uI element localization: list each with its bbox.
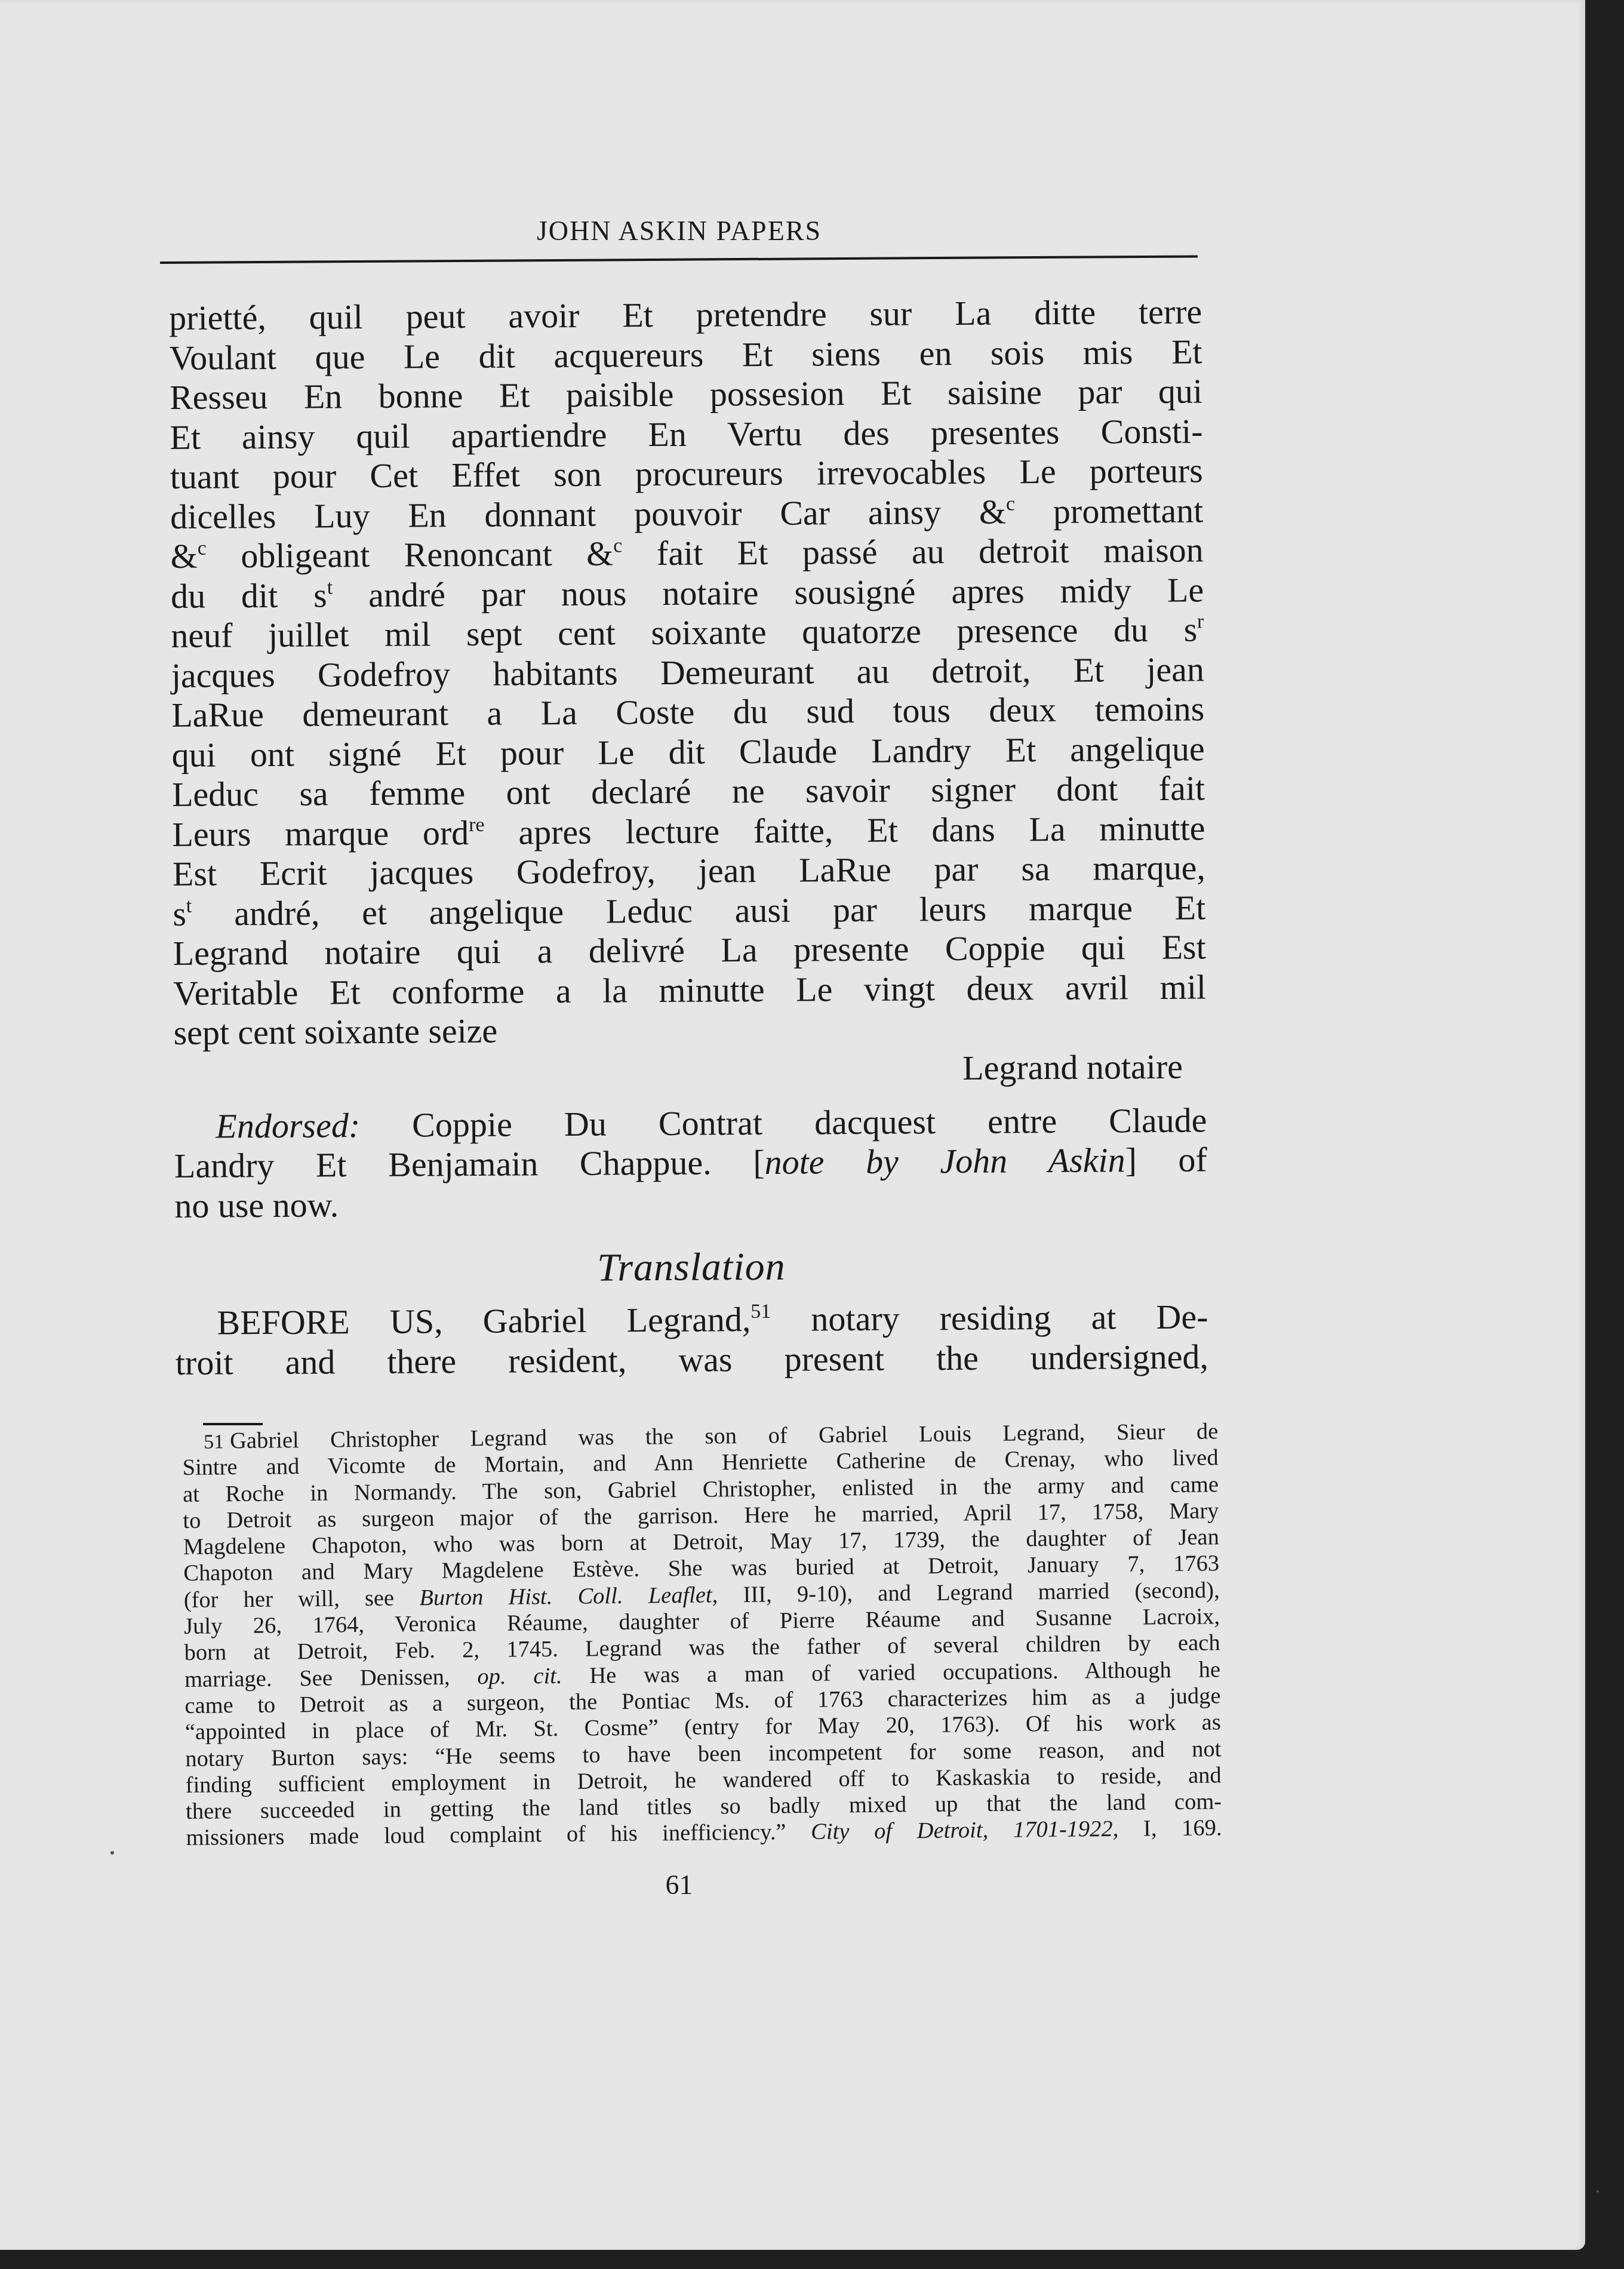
citation-title: Burton Hist. Coll. Leaflet, [419,1582,718,1610]
text-line: tuant pour Cet Effet son procureurs irre… [170,451,1203,497]
running-head: JOHN ASKIN PAPERS [161,215,1197,247]
citation-abbrev: op. cit. [477,1664,562,1689]
text-line: troit and there resident, was present th… [176,1337,1208,1383]
text-line: Landry Et Benjamain Chappue. [note by Jo… [174,1140,1207,1186]
text-line: dicelles Luy En donnant pouvoir Car ains… [170,491,1203,537]
text-segment: neuf juillet mil sept cent soixante quat… [171,610,1197,654]
text-segment: s [173,894,186,933]
text-line: st andré, et angelique Leduc ausi par le… [173,888,1205,934]
text-line: Endorsed: Coppie Du Contrat dacquest ent… [174,1100,1207,1146]
text-line: jacques Godefroy habitants Demeurant au … [171,650,1204,696]
text-line: BEFORE US, Gabriel Legrand,51 notary res… [175,1297,1208,1343]
text-line: no use now. [174,1180,1207,1226]
citation-title: City of Detroit, 1701-1922, [811,1816,1118,1844]
text-line: Est Ecrit jacques Godefroy, jean LaRue p… [173,848,1205,894]
scan-speck [110,1851,114,1855]
superscript: r [1197,610,1204,632]
footnote-rule [203,1423,263,1425]
text-segment: Landry Et Benjamain Chappue. [ [174,1143,765,1185]
superscript: c [198,537,207,559]
text-line: Et ainsy quil apartiendre En Vertu des p… [170,411,1202,457]
text-line: Veritable Et conforme a la minutte Le vi… [173,967,1206,1013]
scan-speck [1597,2190,1599,2193]
text-line: sept cent soixante seize [173,1007,1206,1053]
text-segment: (for her will, see [184,1585,420,1613]
footnote-51: 51Gabriel Christopher Legrand was the so… [182,1418,1222,1851]
notary-signature: Legrand notaire [174,1047,1207,1099]
text-line: Legrand notaire qui a delivré La present… [173,927,1205,973]
scanned-page: JOHN ASKIN PAPERS prietté, quil peut avo… [0,0,1585,2250]
text-line: Leduc sa femme ont declaré ne savoir sig… [172,768,1205,814]
text-segment: andré, et angelique Leduc ausi par leurs… [234,888,1206,933]
text-segment: I, 169. [1118,1816,1222,1842]
text-line: &c obligeant Renoncant &c fait Et passé … [170,530,1203,576]
text-line: Voulant que Le dit acquereurs Et siens e… [169,332,1202,378]
footnote-number: 51 [204,1431,224,1453]
superscript: c [613,534,622,557]
endorsement: Endorsed: Coppie Du Contrat dacquest ent… [174,1100,1207,1226]
text-line: neuf juillet mil sept cent soixante quat… [171,610,1204,656]
text-segment: apres lecture faitte, Et dans La minutte [518,808,1205,851]
translation-heading: Translation [174,1219,1208,1303]
text-segment: andré par nous notaire sousigné apres mi… [368,570,1204,614]
text-line: Resseu En bonne Et paisible possesion Et… [170,371,1202,417]
page-number: 61 [161,1869,1197,1901]
superscript: c [1006,493,1015,515]
header-rule [160,255,1198,264]
text-segment: obligeant Renoncant & [241,534,613,575]
footnote-reference[interactable]: 51 [751,1300,771,1323]
superscript: t [327,576,333,598]
text-segment: dicelles Luy En donnant pouvoir Car ains… [170,492,1006,536]
text-line: du dit st andré par nous notaire sousign… [171,570,1204,616]
superscript: t [186,894,192,917]
text-segment: Leurs marque ord [172,813,469,853]
text-segment: III, 9-10), and Legrand married (second)… [718,1578,1220,1607]
text-segment: notary residing at De- [771,1297,1208,1338]
text-segment: promettant [1053,491,1204,531]
text-segment: fait Et passé au detroit maison [657,530,1204,573]
text-segment: Coppie Du Contrat dacquest entre Claude [360,1100,1207,1145]
text-segment: marriage. See Denissen, [184,1664,478,1692]
superscript: re [469,813,485,835]
text-line: LaRue demeurant a La Coste du sud tous d… [171,689,1204,735]
text-line: Leurs marque ordre apres lecture faitte,… [172,808,1205,854]
translation-text: BEFORE US, Gabriel Legrand,51 notary res… [175,1297,1208,1383]
text-segment: BEFORE US, Gabriel Legrand, [217,1300,751,1342]
text-line: qui ont signé Et pour Le dit Claude Land… [171,729,1204,775]
text-line: prietté, quil peut avoir Et pretendre su… [169,292,1202,338]
endorsed-label: Endorsed: [216,1106,360,1145]
text-segment: & [170,537,198,576]
text-segment: du dit s [171,576,327,616]
text-segment: missioners made loud complaint of his in… [186,1819,811,1850]
editor-note: note by John Askin [764,1140,1125,1182]
text-segment: ] of [1125,1140,1207,1179]
french-document-text: prietté, quil peut avoir Et pretendre su… [169,292,1208,1383]
